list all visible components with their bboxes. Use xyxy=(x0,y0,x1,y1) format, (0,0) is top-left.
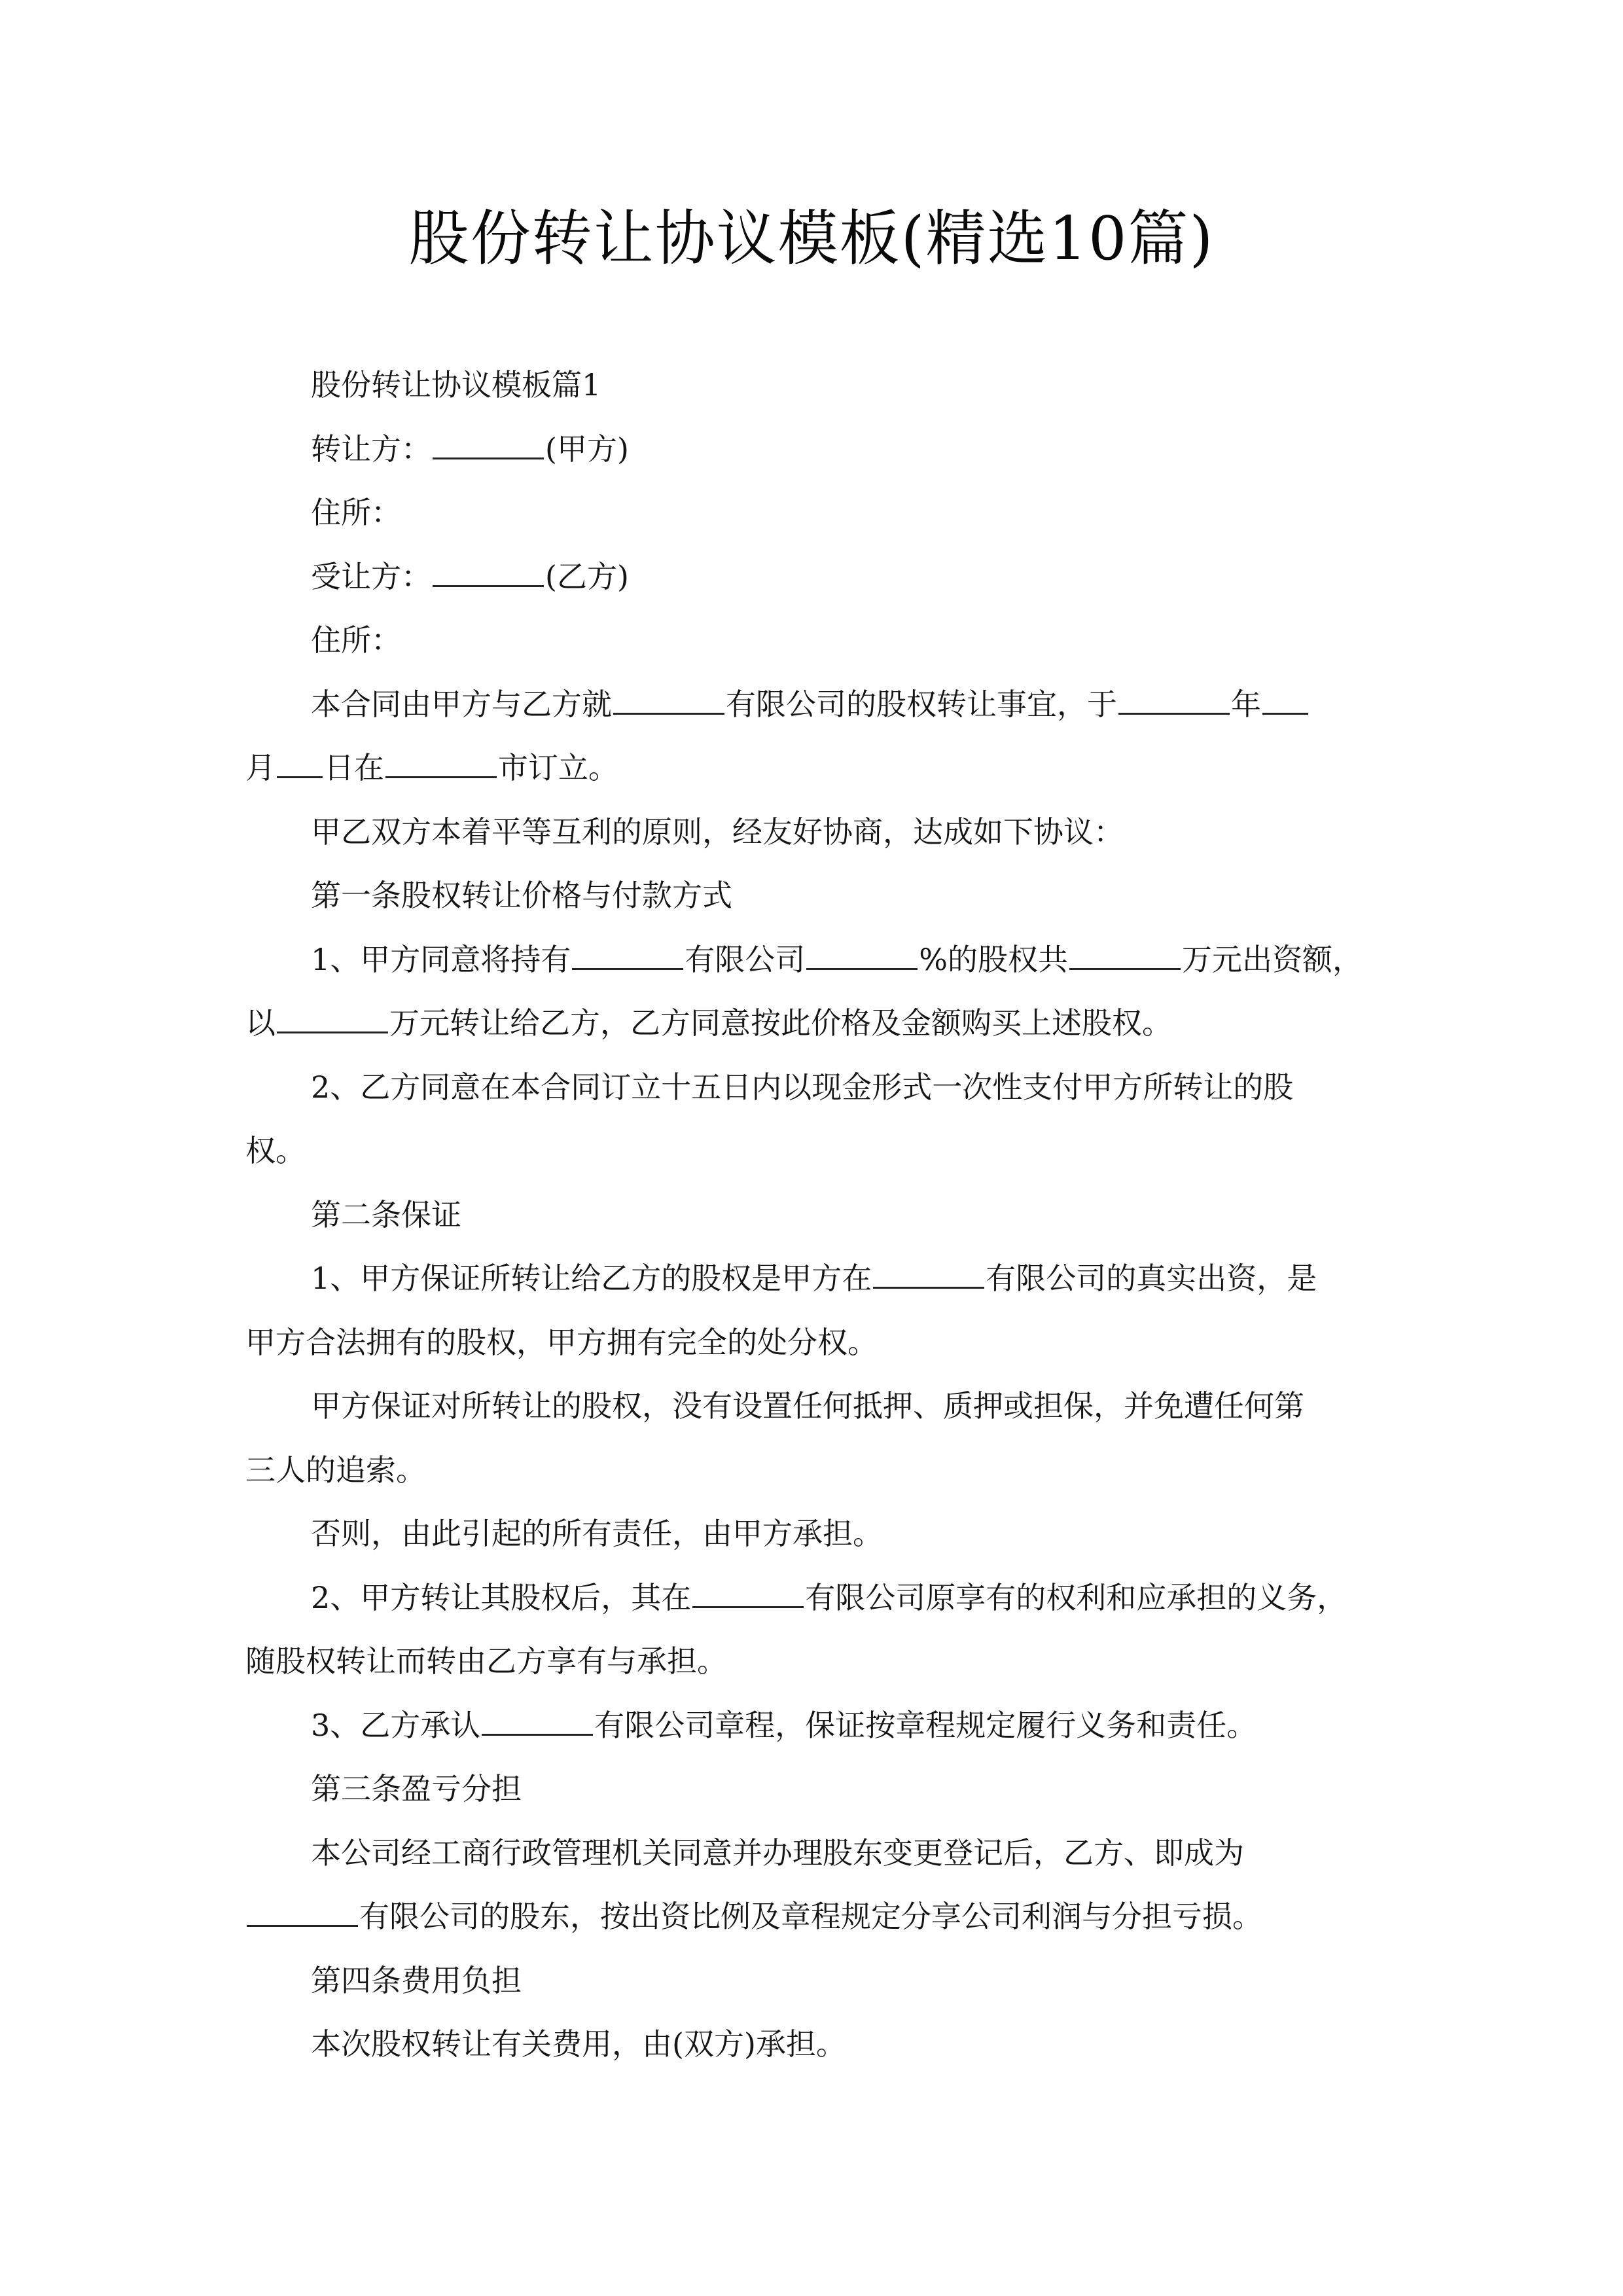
paragraph-line: 2、乙方同意在本合同订立十五日内以现金形式一次性支付甲方所转让的股 xyxy=(245,1056,1384,1120)
article-3-heading: 第三条盈亏分担 xyxy=(311,1771,522,1806)
paragraph-line: 有限公司的股东，按出资比例及章程规定分享公司利润与分担亏损。 xyxy=(245,1885,1384,1949)
text-span: 以 xyxy=(245,1005,276,1041)
text-span: 甲方保证对所转让的股权，没有设置任何抵押、质押或担保，并免遭任何第 xyxy=(311,1388,1304,1424)
document-title: 股份转让协议模板(精选10篇) xyxy=(0,196,1623,281)
text-span: 甲乙双方本着平等互利的原则，经友好协商，达成如下协议： xyxy=(311,814,1124,850)
text-span: 万元转让给乙方，乙方同意按此价格及金额购买上述股权。 xyxy=(389,1005,1172,1041)
text-span: 1、甲方同意将持有 xyxy=(311,942,571,977)
text-span: 2、乙方同意在本合同订立十五日内以现金形式一次性支付甲方所转让的股 xyxy=(311,1069,1293,1105)
text-span: 甲方合法拥有的股权，甲方拥有完全的处分权。 xyxy=(245,1325,878,1360)
text-span: 年 xyxy=(1231,687,1261,722)
paragraph-line: 以万元转让给乙方，乙方同意按此价格及金额购买上述股权。 xyxy=(245,992,1384,1056)
day-blank[interactable] xyxy=(277,747,323,778)
text-span: 有限公司章程，保证按章程规定履行义务和责任。 xyxy=(594,1708,1257,1743)
document-page: 股份转让协议模板(精选10篇) 股份转让协议模板篇1 转让方：(甲方) 住所： … xyxy=(0,0,1623,2296)
paragraph-line: 权。 xyxy=(245,1119,1384,1183)
year-blank[interactable] xyxy=(1118,684,1230,715)
address-line-b: 住所： xyxy=(245,609,1384,673)
paragraph-line: 本公司经工商行政管理机关同意并办理股东变更登记后，乙方、即成为 xyxy=(245,1821,1384,1886)
text-span: 有限公司原享有的权利和应承担的义务， xyxy=(805,1580,1347,1615)
text-span: 日在 xyxy=(324,750,384,785)
section-heading-text: 股份转让协议模板篇1 xyxy=(311,367,601,403)
paragraph-line: 三人的追索。 xyxy=(245,1439,1384,1503)
company-blank[interactable] xyxy=(482,1705,593,1736)
address-label: 住所： xyxy=(311,495,401,530)
capital-blank[interactable] xyxy=(1069,939,1181,970)
article-4-heading: 第四条费用负担 xyxy=(311,1963,522,1998)
paragraph-line: 月日在市订立。 xyxy=(245,736,1384,800)
paragraph-line: 2、甲方转让其股权后，其在有限公司原享有的权利和应承担的义务， xyxy=(245,1566,1384,1630)
paragraph-line: 本合同由甲方与乙方就有限公司的股权转让事宜，于年 xyxy=(245,673,1384,737)
paragraph-line: 甲乙双方本着平等互利的原则，经友好协商，达成如下协议： xyxy=(245,800,1384,865)
city-blank[interactable] xyxy=(385,747,497,778)
text-span: 有限公司的股东，按出资比例及章程规定分享公司利润与分担亏损。 xyxy=(359,1899,1262,1934)
text-span: 随股权转让而转由乙方享有与承担。 xyxy=(245,1643,727,1679)
text-span: 本合同由甲方与乙方就 xyxy=(311,687,612,722)
transferor-line: 转让方：(甲方) xyxy=(245,418,1384,482)
transferee-blank[interactable] xyxy=(433,556,544,587)
company-blank[interactable] xyxy=(873,1258,984,1289)
text-span: 有限公司 xyxy=(685,942,805,977)
party-a-label: (甲方) xyxy=(545,431,629,467)
transferor-blank[interactable] xyxy=(433,429,544,459)
section-heading: 股份转让协议模板篇1 xyxy=(245,353,1384,418)
text-span: 有限公司的真实出资，是 xyxy=(986,1261,1317,1296)
text-span: 万元出资额， xyxy=(1182,942,1363,977)
company-blank[interactable] xyxy=(572,939,683,970)
text-span: 本公司经工商行政管理机关同意并办理股东变更登记后，乙方、即成为 xyxy=(311,1835,1244,1871)
address-line-a: 住所： xyxy=(245,481,1384,545)
text-span: 3、乙方承认 xyxy=(311,1708,480,1743)
article-heading: 第四条费用负担 xyxy=(245,1949,1384,2013)
document-body: 股份转让协议模板篇1 转让方：(甲方) 住所： 受让方：(乙方) 住所： 本合同… xyxy=(245,353,1384,2077)
percent-blank[interactable] xyxy=(806,939,918,970)
paragraph-line: 本次股权转让有关费用，由(双方)承担。 xyxy=(245,2013,1384,2077)
article-2-heading: 第二条保证 xyxy=(311,1197,461,1232)
transferor-label: 转让方： xyxy=(311,431,431,467)
text-span: 否则，由此引起的所有责任，由甲方承担。 xyxy=(311,1516,883,1551)
price-blank[interactable] xyxy=(277,1003,388,1033)
paragraph-line: 1、甲方保证所转让给乙方的股权是甲方在有限公司的真实出资，是 xyxy=(245,1247,1384,1311)
text-span: 市订立。 xyxy=(498,750,618,785)
article-heading: 第一条股权转让价格与付款方式 xyxy=(245,864,1384,928)
paragraph-line: 1、甲方同意将持有有限公司%的股权共万元出资额， xyxy=(245,928,1384,992)
paragraph-line: 3、乙方承认有限公司章程，保证按章程规定履行义务和责任。 xyxy=(245,1694,1384,1758)
company-blank[interactable] xyxy=(692,1577,804,1608)
text-span: 权。 xyxy=(245,1133,306,1168)
text-span: 本次股权转让有关费用，由(双方)承担。 xyxy=(311,2026,846,2062)
text-span: 1、甲方保证所转让给乙方的股权是甲方在 xyxy=(311,1261,872,1296)
article-1-heading: 第一条股权转让价格与付款方式 xyxy=(311,878,732,913)
article-heading: 第二条保证 xyxy=(245,1183,1384,1247)
text-span: 有限公司的股权转让事宜，于 xyxy=(726,687,1117,722)
paragraph-line: 否则，由此引起的所有责任，由甲方承担。 xyxy=(245,1502,1384,1566)
month-blank[interactable] xyxy=(1262,684,1308,715)
paragraph-line: 甲方合法拥有的股权，甲方拥有完全的处分权。 xyxy=(245,1311,1384,1375)
party-b-label: (乙方) xyxy=(545,559,629,594)
text-span: 三人的追索。 xyxy=(245,1452,426,1488)
text-span: %的股权共 xyxy=(919,942,1068,977)
article-heading: 第三条盈亏分担 xyxy=(245,1757,1384,1821)
paragraph-line: 甲方保证对所转让的股权，没有设置任何抵押、质押或担保，并免遭任何第 xyxy=(245,1374,1384,1439)
text-span: 2、甲方转让其股权后，其在 xyxy=(311,1580,691,1615)
transferee-line: 受让方：(乙方) xyxy=(245,545,1384,609)
company-blank[interactable] xyxy=(247,1896,358,1927)
text-span: 月 xyxy=(245,750,276,785)
transferee-label: 受让方： xyxy=(311,559,431,594)
company-blank[interactable] xyxy=(613,684,724,715)
address-label: 住所： xyxy=(311,622,401,658)
paragraph-line: 随股权转让而转由乙方享有与承担。 xyxy=(245,1630,1384,1694)
